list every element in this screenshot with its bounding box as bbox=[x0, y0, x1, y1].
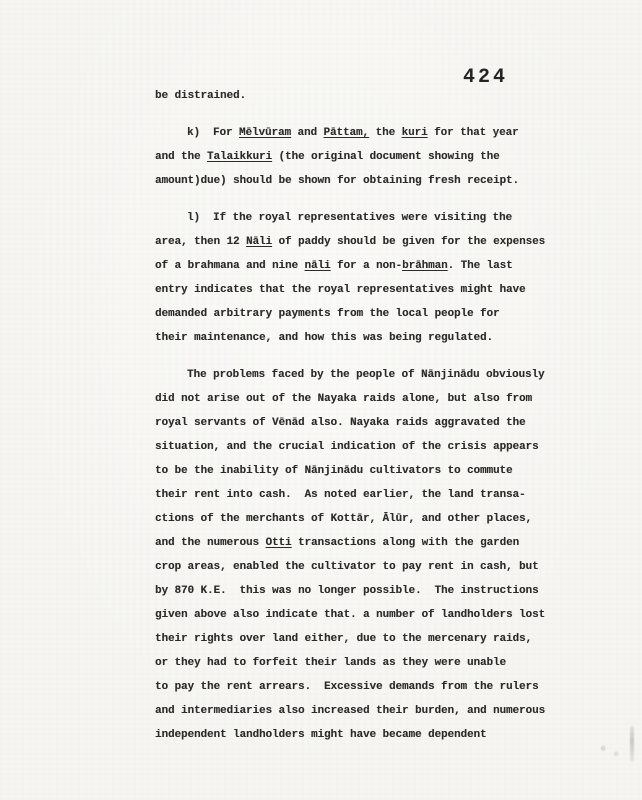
text-segment: to be the inability of Nānjinādu cultiva… bbox=[155, 465, 513, 477]
text-segment: to pay the rent arrears. Excessive deman… bbox=[155, 681, 539, 693]
text-segment: be distrained. bbox=[155, 90, 246, 102]
text-segment: amount)due) should be shown for obtainin… bbox=[155, 175, 519, 187]
text-segment: (the original document showing the bbox=[272, 151, 500, 163]
underlined-term: Pāttam, bbox=[324, 127, 370, 139]
text-segment: crop areas, enabled the cultivator to pa… bbox=[155, 561, 539, 573]
text-line: their rent into cash. As noted earlier, … bbox=[155, 483, 575, 507]
text-line: and intermediaries also increased their … bbox=[155, 699, 575, 723]
text-line: area, then 12 Nāli of paddy should be gi… bbox=[155, 230, 575, 254]
document-page: 424 be distrained.k) For Mēlvūram and Pā… bbox=[0, 0, 642, 800]
text-segment: and the bbox=[155, 151, 207, 163]
text-segment: and the numerous bbox=[155, 537, 266, 549]
text-segment: area, then 12 bbox=[155, 236, 246, 248]
text-line: crop areas, enabled the cultivator to pa… bbox=[155, 555, 575, 579]
text-segment: for a non- bbox=[331, 260, 403, 272]
text-line: by 870 K.E. this was no longer possible.… bbox=[155, 579, 575, 603]
text-line: The problems faced by the people of Nānj… bbox=[155, 363, 575, 387]
text-segment: royal servants of Vēnād also. Nayaka rai… bbox=[155, 417, 526, 429]
text-line: entry indicates that the royal represent… bbox=[155, 278, 575, 302]
text-segment: and bbox=[291, 127, 324, 139]
document-body: be distrained.k) For Mēlvūram and Pāttam… bbox=[155, 84, 575, 760]
text-line: their maintenance, and how this was bein… bbox=[155, 326, 575, 350]
text-segment: their rent into cash. As noted earlier, … bbox=[155, 489, 526, 501]
text-segment: transactions along with the garden bbox=[292, 537, 520, 549]
text-segment: The problems faced by the people of Nānj… bbox=[187, 369, 545, 381]
text-segment: ctions of the merchants of Kottār, Ālūr,… bbox=[155, 513, 532, 525]
paragraph: l) If the royal representatives were vis… bbox=[155, 206, 575, 350]
text-line: and the Talaikkuri (the original documen… bbox=[155, 145, 575, 169]
scan-artifact-specks bbox=[598, 744, 624, 758]
text-line: l) If the royal representatives were vis… bbox=[155, 206, 575, 230]
underlined-term: kuri bbox=[402, 127, 428, 139]
underlined-term: Talaikkuri bbox=[207, 151, 272, 163]
text-segment: by 870 K.E. this was no longer possible.… bbox=[155, 585, 539, 597]
text-line: k) For Mēlvūram and Pāttam, the kuri for… bbox=[155, 121, 575, 145]
text-segment: l) If the royal representatives were vis… bbox=[187, 212, 512, 224]
text-line: situation, and the crucial indication of… bbox=[155, 435, 575, 459]
underlined-term: Otti bbox=[266, 537, 292, 549]
text-segment: or they had to forfeit their lands as th… bbox=[155, 657, 506, 669]
text-segment: k) For bbox=[187, 127, 239, 139]
text-segment: and intermediaries also increased their … bbox=[155, 705, 545, 717]
text-line: to be the inability of Nānjinādu cultiva… bbox=[155, 459, 575, 483]
text-line: and the numerous Otti transactions along… bbox=[155, 531, 575, 555]
text-line: their rights over land either, due to th… bbox=[155, 627, 575, 651]
text-line: or they had to forfeit their lands as th… bbox=[155, 651, 575, 675]
paragraph: The problems faced by the people of Nānj… bbox=[155, 363, 575, 747]
text-line: did not arise out of the Nayaka raids al… bbox=[155, 387, 575, 411]
text-segment: of paddy should be given for the expense… bbox=[272, 236, 545, 248]
text-line: to pay the rent arrears. Excessive deman… bbox=[155, 675, 575, 699]
text-line: ctions of the merchants of Kottār, Ālūr,… bbox=[155, 507, 575, 531]
text-segment: did not arise out of the Nayaka raids al… bbox=[155, 393, 532, 405]
text-segment: . The last bbox=[448, 260, 513, 272]
underlined-term: nāli bbox=[305, 260, 331, 272]
text-segment: their rights over land either, due to th… bbox=[155, 633, 532, 645]
text-segment: independent landholders might have becam… bbox=[155, 729, 487, 741]
underlined-term: Mēlvūram bbox=[239, 127, 291, 139]
text-segment: their maintenance, and how this was bein… bbox=[155, 332, 493, 344]
text-line: be distrained. bbox=[155, 84, 575, 108]
text-line: independent landholders might have becam… bbox=[155, 723, 575, 747]
underlined-term: brāhman bbox=[402, 260, 448, 272]
text-line: demanded arbitrary payments from the loc… bbox=[155, 302, 575, 326]
text-line: amount)due) should be shown for obtainin… bbox=[155, 169, 575, 193]
text-segment: the bbox=[369, 127, 402, 139]
text-segment: demanded arbitrary payments from the loc… bbox=[155, 308, 500, 320]
paragraph: k) For Mēlvūram and Pāttam, the kuri for… bbox=[155, 121, 575, 193]
text-segment: for that year bbox=[428, 127, 519, 139]
text-segment: entry indicates that the royal represent… bbox=[155, 284, 526, 296]
text-line: royal servants of Vēnād also. Nayaka rai… bbox=[155, 411, 575, 435]
paragraph: be distrained. bbox=[155, 84, 575, 108]
underlined-term: Nāli bbox=[246, 236, 272, 248]
text-segment: given above also indicate that. a number… bbox=[155, 609, 545, 621]
text-line: given above also indicate that. a number… bbox=[155, 603, 575, 627]
text-segment: situation, and the crucial indication of… bbox=[155, 441, 539, 453]
text-segment: of a brahmana and nine bbox=[155, 260, 305, 272]
text-line: of a brahmana and nine nāli for a non-br… bbox=[155, 254, 575, 278]
scan-artifact bbox=[630, 726, 634, 762]
